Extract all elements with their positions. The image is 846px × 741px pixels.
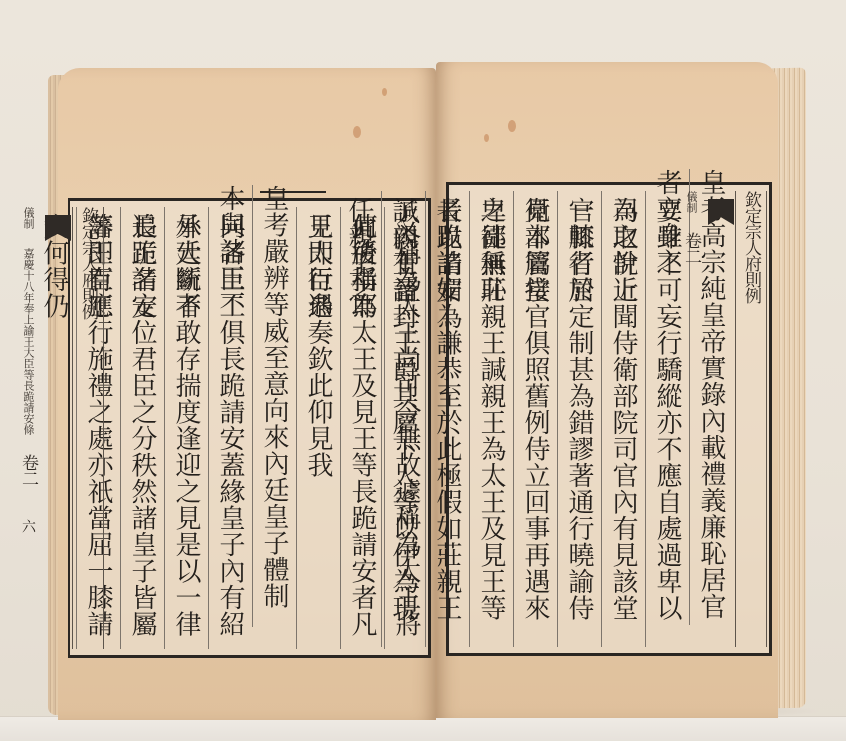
right-margin-banner: 欽定宗人府則例 儀制 卷二 [735, 191, 767, 647]
margin-volume: 卷二 [681, 232, 701, 264]
margin-subtitle: 儀制 [685, 191, 698, 213]
margin-small-text: 嘉慶十八年奉上諭王大臣等長跪請安條 [22, 248, 35, 435]
foxing-stain [508, 120, 516, 132]
foxing-stain [353, 126, 361, 138]
foxing-stain [484, 134, 489, 142]
right-page: 皇考高宗純皇帝實錄內載禮義廉恥居官者立身之 要雖不可妄行驕縱亦不應自處過卑以為取… [436, 62, 778, 718]
margin-title: 欽定宗人府則例 [741, 191, 761, 303]
text-column-raised: 皇考嚴辨等威至意向來內廷皇子體制本與諸王不 [252, 185, 296, 627]
right-text-frame: 皇考高宗純皇帝實錄內載禮義廉恥居官者立身之 要雖不可妄行驕縱亦不應自處過卑以為取… [446, 182, 772, 656]
foxing-stain [382, 88, 387, 96]
margin-volume: 卷二 [18, 454, 38, 486]
left-page: 父稱為太王尚可今無故遽稱為太王將何所指耶 此後稱為太王及見王等長跪請安者凡王大臣… [58, 68, 436, 720]
margin-title: 欽定宗人府則例 [78, 207, 98, 319]
margin-subtitle: 儀制 [22, 207, 35, 229]
left-margin-banner: 欽定宗人府則例 儀制 嘉慶十八年奉上諭王大臣等長跪請安條 卷二 六 [72, 207, 104, 649]
page-number: 六 [20, 519, 36, 533]
